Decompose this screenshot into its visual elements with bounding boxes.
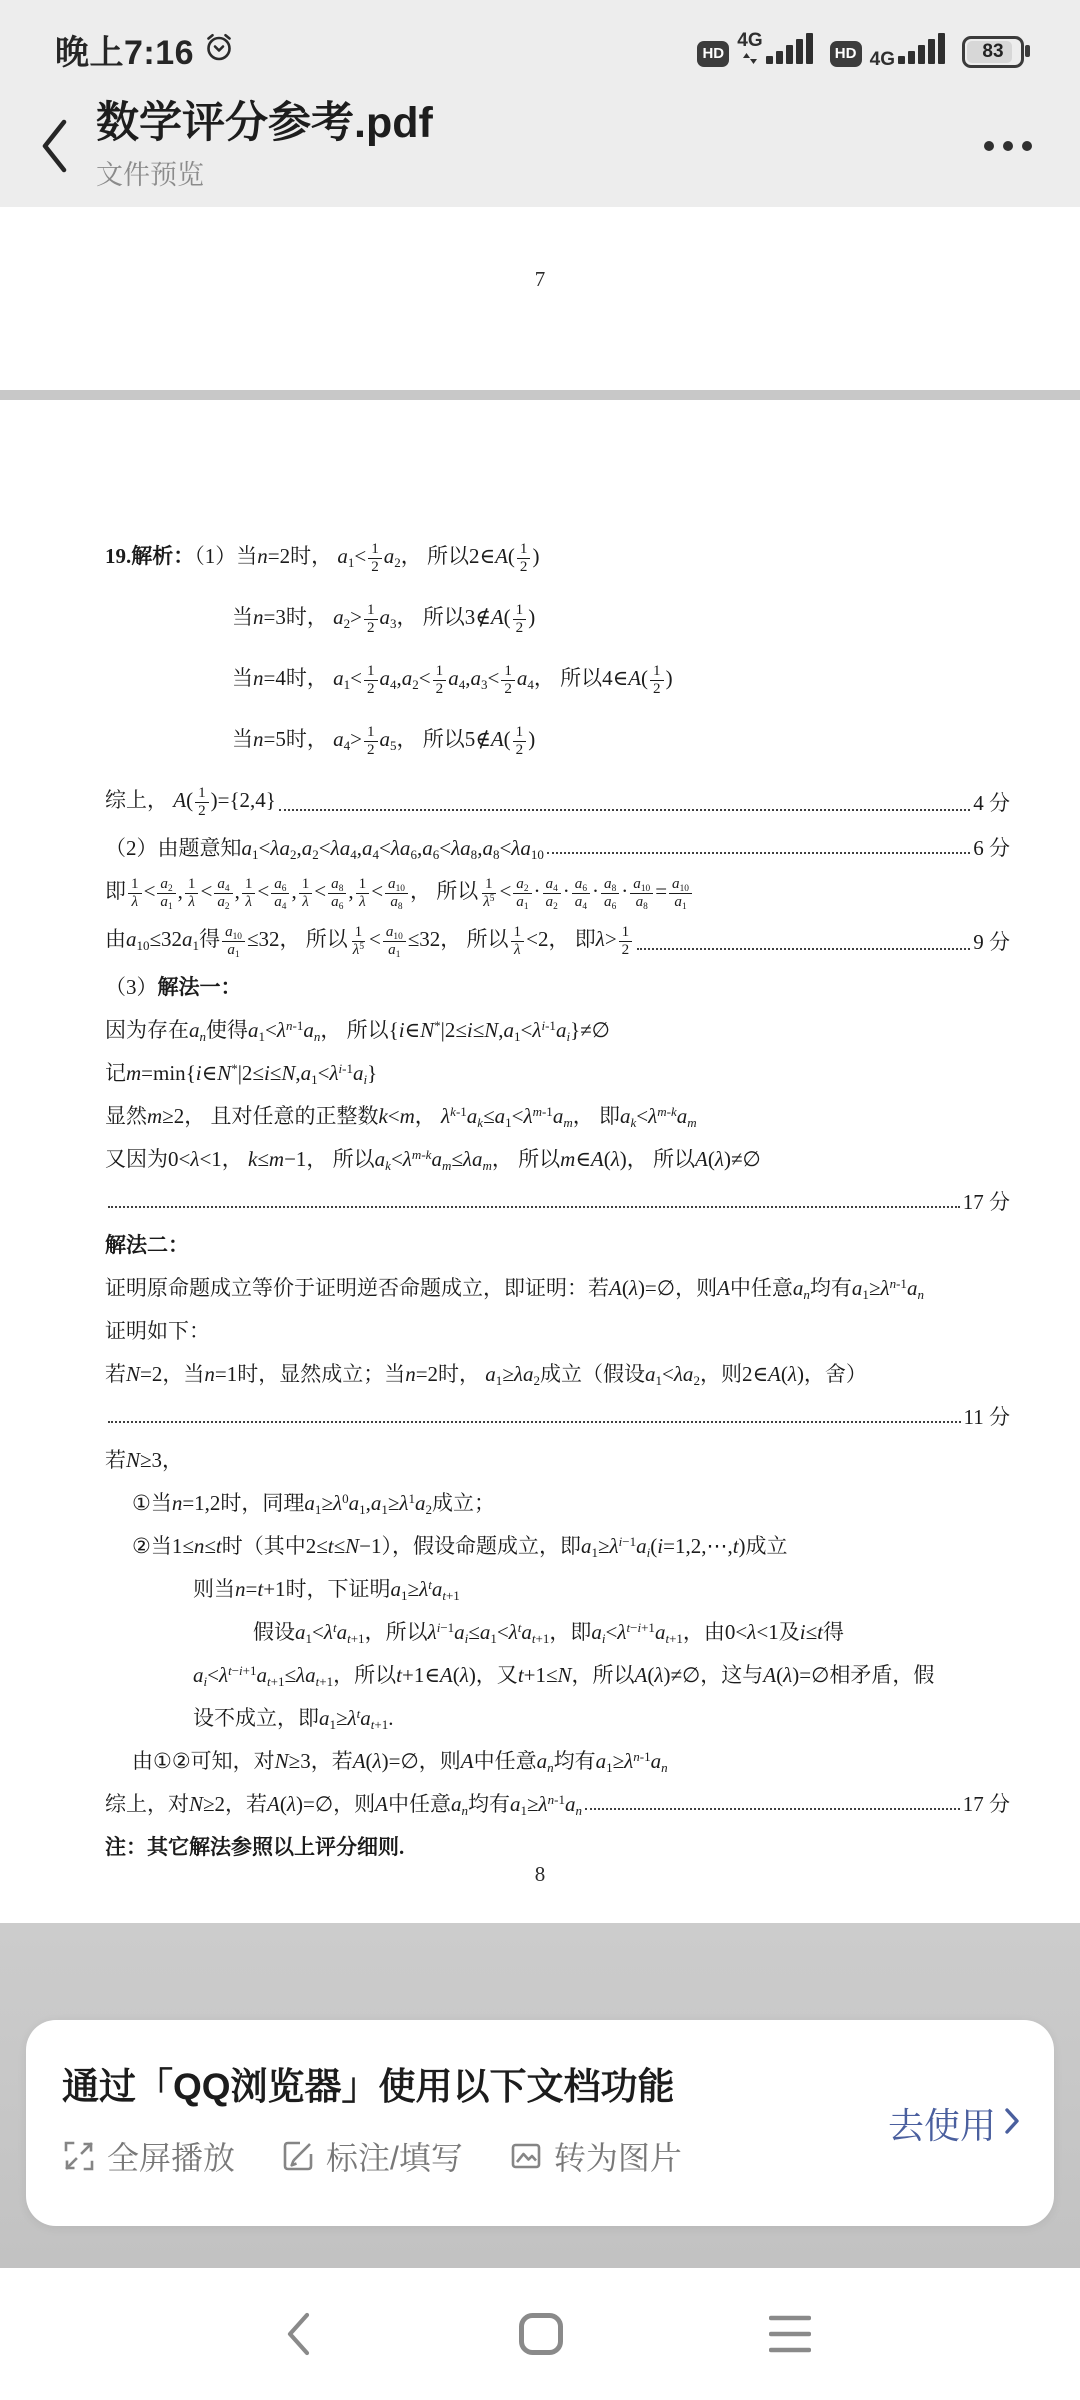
data-activity-arrows-icon [742,51,758,69]
math-line: （2）由题意知a1<λa2,a2<λa4,a4<λa6,a6<λa8,a8<λa… [105,832,1010,862]
hd-voice-icon: HD [830,41,862,67]
math-line: 注：其它解法参照以上评分细则. [105,1831,1010,1861]
pdf-preview-area[interactable]: 7 19.解析：（1）当n=2时， a1<12a2， 所以2∈A(12)当n=3… [0,207,1080,1923]
dotted-leader [585,1808,960,1810]
math-line: 假设a1<λtat+1，所以λi−1ai≤a1<λtat+1，即ai<λt−i+… [105,1616,1010,1646]
page-number-top: 7 [535,267,546,291]
page-number-bottom: 8 [535,1862,546,1886]
score-label: 11 分 [964,1401,1010,1431]
hd-voice-icon: HD [697,41,729,67]
feature-label: 转为图片 [554,2133,682,2179]
math-line: 17 分 [105,1186,1010,1216]
annotate-icon [281,2139,315,2173]
math-line: 19.解析：（1）当n=2时， a1<12a2， 所以2∈A(12) [105,540,1010,575]
math-line: 解法二： [105,1229,1010,1259]
math-line: 则当n=t+1时，下证明a1≥λtat+1 [105,1573,1010,1603]
status-bar: 晚上7:16 HD4GHD4G 83 [0,0,1080,84]
more-options-icon[interactable] [980,131,1036,161]
nav-back-icon[interactable] [277,2303,319,2365]
math-line: 记m=min{i∈N*|2≤i≤N,a1<λi-1ai} [105,1057,1010,1087]
page-number-bottom-wrap: 8 [0,1862,1080,1887]
math-line: ②当1≤n≤t时（其中2≤t≤N−1），假设命题成立，即a1≥λi−1ai(i=… [105,1530,1010,1560]
math-line: 当n=3时， a2>12a3， 所以3∉A(12) [105,601,1010,636]
pdf-page-8: 19.解析：（1）当n=2时， a1<12a2， 所以2∈A(12)当n=3时，… [0,400,1080,1923]
fullscreen-icon [62,2139,96,2173]
chevron-right-icon [1004,2102,1020,2144]
dotted-leader [279,809,970,811]
math-line: 11 分 [105,1401,1010,1431]
bottom-band: 通过「QQ浏览器」使用以下文档功能 全屏播放标注/填写转为图片 去使用 [0,1923,1080,2268]
math-line: 又因为0<λ<1， k≤m−1， 所以ak<λm-kam≤λam， 所以m∈A(… [105,1143,1010,1173]
promo-title: 通过「QQ浏览器」使用以下文档功能 [62,2067,888,2108]
document-lines: 19.解析：（1）当n=2时， a1<12a2， 所以2∈A(12)当n=3时，… [105,540,1010,1874]
feature-label: 标注/填写 [326,2133,463,2179]
network-type-label: 4G [870,50,895,69]
math-line: 因为存在an使得a1<λn-1an， 所以{i∈N*|2≤i≤N,a1<λi-1… [105,1014,1010,1044]
app-header: 数学评分参考.pdf 文件预览 [0,84,1080,207]
math-line: 由a10≤32a1得a10a1≤32， 所以1λ5<a10a1≤32， 所以1λ… [105,923,1010,958]
promo-left: 通过「QQ浏览器」使用以下文档功能 全屏播放标注/填写转为图片 [62,2067,888,2180]
dotted-leader [637,948,970,950]
math-line: 设不成立，即a1≥λtat+1. [105,1702,1010,1732]
status-left: 晚上7:16 [55,25,234,74]
network-type-label: 4G [737,31,762,50]
math-line: 综上， A(12)={2,4}4 分 [105,784,1010,819]
score-label: 6 分 [973,832,1010,862]
sim-status: HD4G [830,30,946,69]
math-line: 证明原命题成立等价于证明逆否命题成立，即证明：若A(λ)=∅，则A中任意an均有… [105,1272,1010,1302]
score-label: 9 分 [973,926,1010,956]
feature-fullscreen[interactable]: 全屏播放 [62,2133,235,2179]
signal-bars-icon: 4G [737,30,813,69]
nav-home-icon[interactable] [510,2304,572,2364]
qq-browser-promo-card: 通过「QQ浏览器」使用以下文档功能 全屏播放标注/填写转为图片 去使用 [26,2020,1054,2226]
signal-bars-icon: 4G [870,30,946,69]
battery-percent: 83 [982,41,1003,63]
banner-features: 全屏播放标注/填写转为图片 [62,2133,888,2179]
score-label: 17 分 [963,1186,1010,1216]
status-right: HD4GHD4G 83 [697,30,1024,69]
feature-annotate[interactable]: 标注/填写 [281,2133,463,2179]
go-use-button[interactable]: 去使用 [888,2084,1020,2163]
math-line: ai<λt−i+1at+1≤λat+1，所以t+1∈A(λ)，又t+1≤N，所以… [105,1659,1010,1689]
battery-icon: 83 [962,36,1024,68]
go-use-label: 去使用 [888,2098,996,2149]
page-separator [0,390,1080,400]
dotted-leader [108,1206,960,1208]
alarm-clock-icon [204,32,234,67]
dotted-leader [108,1421,961,1423]
file-preview-label: 文件预览 [96,153,433,192]
feature-to-image[interactable]: 转为图片 [509,2133,682,2179]
to-image-icon [509,2139,543,2173]
score-label: 4 分 [973,787,1010,817]
math-line: 当n=5时， a4>12a5， 所以5∉A(12) [105,723,1010,758]
file-title: 数学评分参考.pdf [96,99,433,148]
score-label: 17 分 [963,1788,1010,1818]
math-line: 即1λ<a2a1,1λ<a4a2,1λ<a6a4,1λ<a8a6,1λ<a10a… [105,875,1010,910]
math-line: ①当n=1,2时，同理a1≥λ0a1,a1≥λ1a2成立； [105,1487,1010,1517]
feature-label: 全屏播放 [107,2133,235,2179]
screen: 晚上7:16 HD4GHD4G 83 [0,0,1080,2400]
math-line: 综上，对N≥2，若A(λ)=∅，则A中任意an均有a1≥λn-1an17 分 [105,1788,1010,1818]
nav-bar [0,2268,1080,2400]
status-sims: HD4GHD4G [697,30,946,69]
math-line: 若N=2，当n=1时，显然成立；当n=2时， a1≥λa2成立（假设a1<λa2… [105,1358,1010,1388]
back-chevron-icon[interactable] [38,117,70,175]
sim-status: HD4G [697,30,813,69]
math-line: （3）解法一： [105,971,1010,1001]
math-line: 由①②可知，对N≥3，若A(λ)=∅，则A中任意an均有a1≥λn-1an [105,1745,1010,1775]
header-titles: 数学评分参考.pdf 文件预览 [96,99,433,191]
nav-menu-icon[interactable] [761,2306,819,2362]
math-line: 显然m≥2， 且对任意的正整数k<m， λk-1ak≤a1<λm-1am， 即a… [105,1100,1010,1130]
math-line: 若N≥3， [105,1444,1010,1474]
battery-nub [1025,45,1030,57]
math-line: 证明如下： [105,1315,1010,1345]
status-time: 晚上7:16 [55,25,194,74]
pdf-page-7-footer: 7 [0,207,1080,390]
dotted-leader [547,852,970,854]
math-line: 当n=4时， a1<12a4,a2<12a4,a3<12a4， 所以4∈A(12… [105,662,1010,697]
